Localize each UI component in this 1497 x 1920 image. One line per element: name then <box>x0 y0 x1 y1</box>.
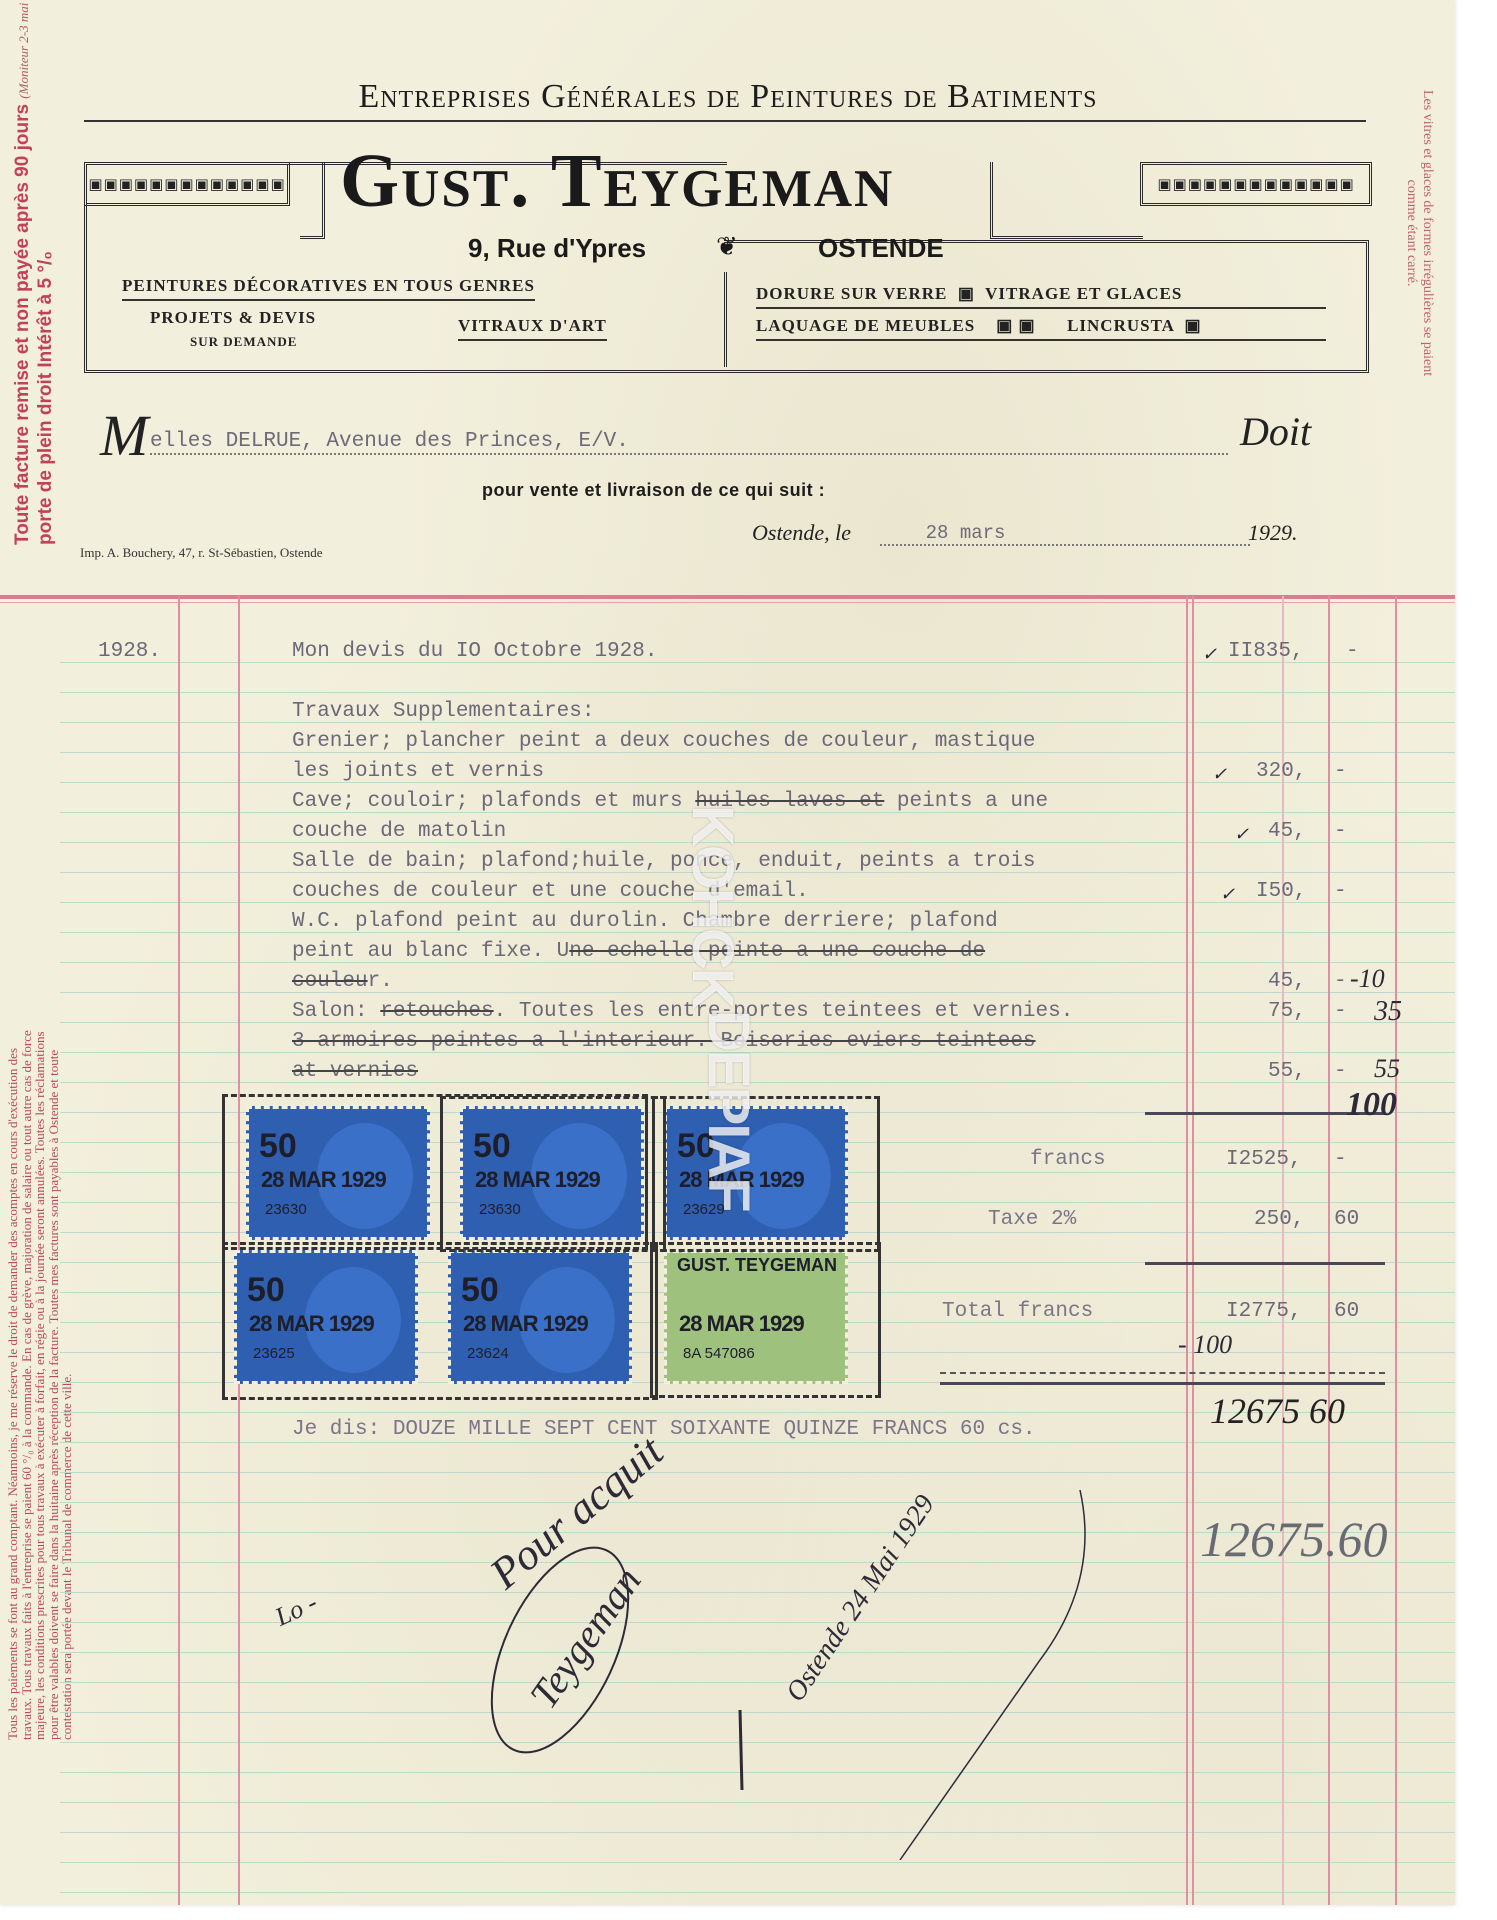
services-divider <box>724 272 731 367</box>
ledger-year: 1928. <box>98 640 161 663</box>
amount-cents: - <box>1334 1000 1347 1023</box>
amount-cents: - <box>1334 970 1347 993</box>
total-rule <box>1145 1262 1385 1265</box>
final-rule <box>940 1382 1385 1385</box>
conditions-margin: Tous les paiements se font au grand comp… <box>6 1030 74 1740</box>
printer-credit: Imp. A. Bouchery, 47, r. St-Sébastien, O… <box>80 545 323 561</box>
handwritten-deduction: - 100 <box>1178 1330 1232 1360</box>
service-row-2: LAQUAGE DE MEUBLES ▣ ▣ LINCRUSTA ▣ <box>756 316 1326 341</box>
decoration-pattern: ▣▣▣▣▣▣▣▣▣▣▣▣▣ <box>1157 175 1354 193</box>
recipient-name: elles DELRUE, Avenue des Princes, E/V. <box>150 430 629 453</box>
francs-amount: I2525, <box>1226 1148 1302 1171</box>
struck-text: et <box>847 790 885 813</box>
ledger-line: Travaux Supplementaires: <box>292 700 594 723</box>
bullet-icon: ▣ <box>1185 316 1202 335</box>
amount-cents: - <box>1334 1060 1347 1083</box>
watermark-bottom: DEPIAF <box>695 1010 762 1211</box>
service-glazing: VITRAGE ET GLACES <box>985 284 1182 303</box>
interest-notice: porte de plein droit Intérêt à 5 °/₀ <box>35 0 57 545</box>
glass-note-line: comme étant carré. <box>1403 90 1419 376</box>
line-text: peint au blanc fixe. U <box>292 940 569 963</box>
condition-line: contestation sera portée devant le Tribu… <box>60 1030 74 1740</box>
ledger-line: les joints et vernis <box>292 760 544 783</box>
invoice-subheading: pour vente et livraison de ce qui suit : <box>482 480 825 501</box>
condition-line: travaux. Tous travaux faits à l'entrepri… <box>20 1030 34 1740</box>
ledger-line: at vernies <box>292 1060 418 1083</box>
check-mark-icon: ✓ <box>1234 824 1249 845</box>
condition-line: pour être valables doivent se faire dans… <box>47 1030 61 1740</box>
line-text: . Toutes les entre-portes teintees et ve… <box>494 1000 1074 1023</box>
total-label: Total francs <box>942 1300 1093 1323</box>
condition-line: Tous les paiements se font au grand comp… <box>6 1030 20 1740</box>
amount: 45, <box>1268 970 1306 993</box>
handwritten-subtotal: 100 <box>1346 1086 1397 1124</box>
ledger-baseline <box>60 1442 1455 1443</box>
ledger-column-line <box>1186 596 1188 1905</box>
date-line: 28 mars <box>880 522 1250 546</box>
francs-cents: - <box>1334 1148 1347 1171</box>
ledger-line: Salle de bain; plafond;huile, ponce, end… <box>292 850 1036 873</box>
ledger-column-line <box>1328 596 1330 1905</box>
frame-connector-left <box>300 162 325 239</box>
service-lacquering: LAQUAGE DE MEUBLES <box>756 316 975 335</box>
salutation-script: M <box>100 402 148 469</box>
amount: 55, <box>1268 1060 1306 1083</box>
ledger-baseline <box>60 992 1455 993</box>
line-text: r. <box>368 970 393 993</box>
check-mark-icon: ✓ <box>1212 764 1227 785</box>
margin-note: Lo - <box>271 1587 322 1632</box>
ledger-column-line <box>1395 596 1397 1905</box>
amount-cents: - <box>1334 880 1347 903</box>
struck-text: at vernies <box>292 1060 418 1083</box>
ledger-line: 3 armoires peintes a l'interieur. Boiser… <box>292 1030 1036 1053</box>
condition-line: majeure, les conditions prescrites pour … <box>33 1030 47 1740</box>
handwritten-adjustment: 55 <box>1374 1054 1400 1084</box>
ledger-baseline <box>60 1862 1455 1863</box>
total-amount: I2775, <box>1226 1300 1302 1323</box>
ledger-top-rule <box>0 595 1455 599</box>
check-mark-icon: ✓ <box>1202 644 1217 665</box>
payment-terms-margin: Toute facture remise et non payée après … <box>12 0 57 545</box>
service-on-demand: SUR DEMANDE <box>190 334 297 350</box>
ledger-line: peint au blanc fixe. Une echelle peinte … <box>292 940 985 963</box>
decoration-pattern: ▣▣▣▣▣▣▣▣▣▣▣▣▣ <box>88 175 285 193</box>
late-payment-notice: Toute facture remise et non payée après … <box>12 104 33 545</box>
francs-label: francs <box>1030 1148 1106 1171</box>
cancellation-frame <box>650 1242 881 1398</box>
amount-cents: - <box>1334 820 1347 843</box>
ledger-line: Cave; couloir; plafonds et murs huiles l… <box>292 790 1048 813</box>
ledger-column-line <box>1192 596 1194 1905</box>
ledger-line: Mon devis du IO Octobre 1928. <box>292 640 657 663</box>
glass-note-line: Les vitres et glaces de formes irréguliè… <box>1419 90 1435 376</box>
ledger-baseline <box>60 782 1455 783</box>
handwritten-adjustment: -10 <box>1350 964 1385 994</box>
signature-flourish <box>480 1460 1100 1860</box>
company-city: OSTENDE <box>818 233 944 264</box>
ledger-line: couleur. <box>292 970 393 993</box>
decorative-box-right: ▣▣▣▣▣▣▣▣▣▣▣▣▣ <box>1140 162 1372 206</box>
cancellation-frame <box>222 1242 658 1400</box>
tax-amount: 250, <box>1254 1208 1304 1231</box>
bullet-icon: ▣ <box>958 284 975 303</box>
service-lincrusta: LINCRUSTA <box>1067 316 1174 335</box>
final-dashed-rule <box>940 1372 1385 1374</box>
service-gilding: DORURE SUR VERRE <box>756 284 947 303</box>
tax-label: Taxe 2% <box>988 1208 1076 1231</box>
frame-connector-right <box>990 162 1143 239</box>
struck-text: ne echelle peinte a une couche de <box>569 940 985 963</box>
handwritten-net-total: 12675 60 <box>1210 1390 1345 1432</box>
amount-cents: - <box>1346 640 1359 663</box>
header-rule <box>84 120 1366 122</box>
amount: II835, <box>1228 640 1304 663</box>
ledger-baseline <box>60 722 1455 723</box>
ledger-line: W.C. plafond peint au durolin. Chambre d… <box>292 910 998 933</box>
ornament-icon: ❦ <box>716 232 738 262</box>
amount: 75, <box>1268 1000 1306 1023</box>
watermark-top: KOHCK <box>679 805 746 1008</box>
ledger-top-rule-thin <box>0 602 1455 603</box>
ledger-column-line <box>1282 596 1284 1905</box>
ledger-baseline <box>60 1892 1455 1893</box>
ledger-column-line <box>178 596 180 1905</box>
moniteur-note: (Moniteur 2-3 mai 1913) <box>16 0 31 99</box>
check-mark-icon: ✓ <box>1220 884 1235 905</box>
amount: 45, <box>1268 820 1306 843</box>
cancellation-frame <box>652 1096 880 1252</box>
amount-cents: - <box>1334 760 1347 783</box>
company-address: 9, Rue d'Ypres <box>468 233 646 264</box>
service-stained-glass: VITRAUX D'ART <box>458 316 607 341</box>
service-decorative-painting: PEINTURES DÉCORATIVES EN TOUS GENRES <box>122 276 535 301</box>
pencil-total: 12675.60 <box>1200 1510 1388 1568</box>
recipient-line: elles DELRUE, Avenue des Princes, E/V. <box>150 430 1228 455</box>
service-projects: PROJETS & DEVIS <box>150 308 316 328</box>
line-text: Salon: <box>292 1000 380 1023</box>
trade-title: Entreprises Générales de Peintures de Ba… <box>88 78 1368 116</box>
line-text: peints a une <box>884 790 1048 813</box>
decorative-box-left: ▣▣▣▣▣▣▣▣▣▣▣▣▣ <box>84 162 290 206</box>
glass-pricing-note: Les vitres et glaces de formes irréguliè… <box>1403 90 1435 376</box>
company-name: Gust. Teygeman <box>340 138 894 225</box>
bullet-icon: ▣ ▣ <box>996 316 1035 335</box>
amount: 320, <box>1256 760 1306 783</box>
amount: I50, <box>1256 880 1306 903</box>
service-row-1: DORURE SUR VERRE ▣ VITRAGE ET GLACES <box>756 284 1326 309</box>
amount-in-words: Je dis: DOUZE MILLE SEPT CENT SOIXANTE Q… <box>292 1418 1036 1441</box>
doit-label: Doit <box>1240 408 1311 455</box>
invoice-document: Toute facture remise et non payée après … <box>0 0 1455 1905</box>
date-day-month: 28 mars <box>926 522 1006 544</box>
handwritten-adjustment: 35 <box>1374 996 1402 1028</box>
date-place-label: Ostende, le <box>752 520 851 546</box>
line-text: Cave; couloir; plafonds et murs <box>292 790 695 813</box>
cancellation-frame <box>440 1096 666 1252</box>
ledger-line: Grenier; plancher peint a deux couches d… <box>292 730 1036 753</box>
struck-text: retouches <box>380 1000 493 1023</box>
total-cents: 60 <box>1334 1300 1359 1323</box>
tax-cents: 60 <box>1334 1208 1359 1231</box>
struck-text: couleu <box>292 970 368 993</box>
date-year: 1929. <box>1248 520 1298 546</box>
ledger-line: couche de matolin <box>292 820 506 843</box>
ledger-baseline <box>60 692 1455 693</box>
